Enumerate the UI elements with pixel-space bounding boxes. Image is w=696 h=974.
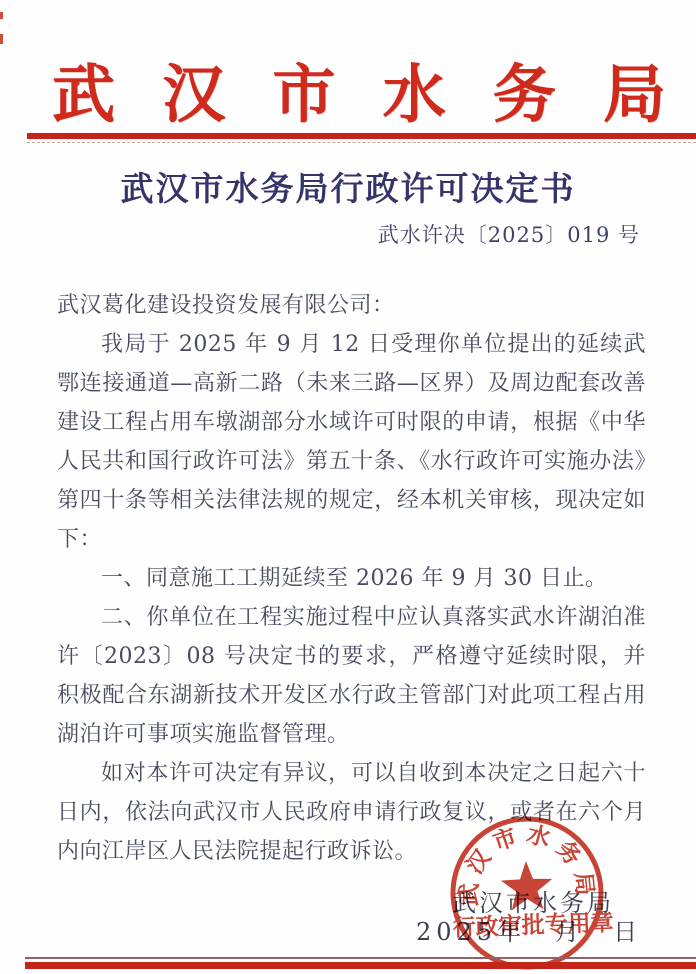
document-page: 武汉市水务局 武汉市水务局行政许可决定书 武水许决〔2025〕019 号 武汉葛… [0,0,696,974]
document-body: 武汉葛化建设投资发展有限公司： 我局于 2025 年 9 月 12 日受理你单位… [57,286,646,871]
footer-divider-thin-line [25,957,696,959]
decision-item-1: 一、同意施工工期延续至 2026 年 9 月 30 日止。 [57,559,646,598]
document-number: 武水许决〔2025〕019 号 [0,219,640,249]
letterhead-divider-thin-line [27,142,696,143]
addressee-line: 武汉葛化建设投资发展有限公司： [57,286,646,325]
decision-item-2: 二、你单位在工程实施过程中应认真落实武水许湖泊准许〔2023〕08 号决定书的要… [57,598,646,754]
letterhead-divider-line [27,133,696,139]
seal-bottom-text: 行政审批专用章 [452,909,614,942]
seal-star-icon [500,860,553,911]
scan-artifact [0,12,3,19]
letterhead-agency-name: 武汉市水务局 [52,56,666,132]
document-title: 武汉市水务局行政许可决定书 [0,163,696,210]
scan-artifact [0,34,3,44]
footer-divider-line [25,962,696,969]
body-paragraph: 我局于 2025 年 9 月 12 日受理你单位提出的延续武鄂连接通道—高新二路… [57,325,646,559]
official-seal-stamp: 武汉市水务局 行政审批专用章 [445,809,611,974]
